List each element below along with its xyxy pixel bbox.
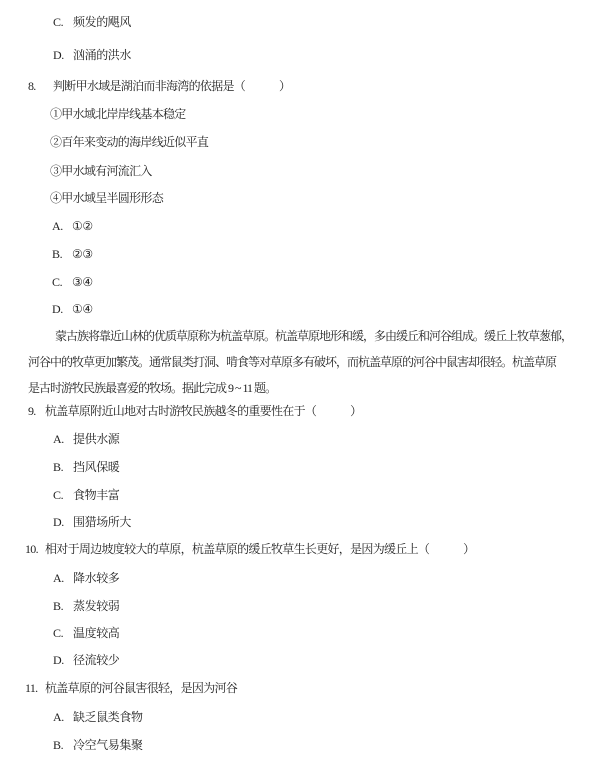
statement-text: ②百年来变动的海岸线近似平直 bbox=[50, 135, 208, 149]
option-text: 挡风保暖 bbox=[73, 460, 119, 474]
option-text: 温度较高 bbox=[73, 626, 119, 640]
option-label: B. bbox=[53, 599, 73, 614]
option-label: A. bbox=[53, 432, 73, 447]
option-text: 围猎场所大 bbox=[73, 515, 131, 529]
option-text: 缺乏鼠类食物 bbox=[73, 710, 143, 724]
option-text: ①② bbox=[72, 219, 93, 233]
q10-option-a: A.降水较多 bbox=[53, 571, 119, 586]
option-text: 食物丰富 bbox=[73, 488, 119, 502]
option-text: 蒸发较弱 bbox=[73, 599, 119, 613]
passage-text: 河谷中的牧草更加繁茂。通常鼠类打洞、啃食等对草原多有破坏，而杭盖草原的河谷中鼠害… bbox=[28, 355, 556, 369]
q8-option-a: A.①② bbox=[52, 219, 93, 234]
question-text: 杭盖草原附近山地对古时游牧民族越冬的重要性在于（ ） bbox=[45, 404, 361, 418]
q10-option-b: B.蒸发较弱 bbox=[53, 599, 119, 614]
question-text: 相对于周边坡度较大的草原，杭盖草原的缓丘牧草生长更好，是因为缓丘上（ ） bbox=[45, 542, 474, 556]
option-label: B. bbox=[53, 460, 73, 475]
question-text: 杭盖草原的河谷鼠害很轻，是因为河谷 bbox=[45, 681, 237, 695]
option-label: B. bbox=[52, 247, 72, 262]
option-text: ②③ bbox=[72, 247, 93, 261]
option-label: C. bbox=[53, 15, 73, 30]
option-label: C. bbox=[52, 275, 72, 290]
q10-option-d: D.径流较少 bbox=[53, 653, 119, 668]
question-number: 10. bbox=[25, 542, 45, 557]
passage-text: 蒙古族将靠近山林的优质草原称为杭盖草原。杭盖草原地形和缓，多由缓丘和河谷组成。缓… bbox=[55, 329, 572, 343]
option-text: 冷空气易集聚 bbox=[73, 738, 143, 752]
option-label: C. bbox=[53, 488, 73, 503]
option-text: 降水较多 bbox=[73, 571, 119, 585]
option-text: 频发的飓风 bbox=[73, 15, 131, 29]
q9-option-b: B.挡风保暖 bbox=[53, 460, 119, 475]
q9-option-a: A.提供水源 bbox=[53, 432, 119, 447]
q8-option-b: B.②③ bbox=[52, 247, 93, 262]
option-label: D. bbox=[53, 515, 73, 530]
passage-text: 是古时游牧民族最喜爱的牧场。据此完成 9 ~ 11 题。 bbox=[28, 381, 276, 395]
q8-statement-2: ②百年来变动的海岸线近似平直 bbox=[50, 135, 208, 150]
q8-statement-1: ①甲水域北岸岸线基本稳定 bbox=[50, 107, 186, 122]
q8-option-c: C.③④ bbox=[52, 275, 93, 290]
statement-text: ④甲水域呈半圆形形态 bbox=[50, 191, 163, 205]
question-8-stem: 8.判断甲水域是湖泊而非海湾的依据是（ ） bbox=[28, 79, 290, 94]
q8-statement-3: ③甲水域有河流汇入 bbox=[50, 164, 152, 179]
statement-text: ③甲水域有河流汇入 bbox=[50, 164, 152, 178]
option-label: D. bbox=[52, 302, 72, 317]
option-text: 径流较少 bbox=[73, 653, 119, 667]
question-10-stem: 10.相对于周边坡度较大的草原，杭盖草原的缓丘牧草生长更好，是因为缓丘上（ ） bbox=[25, 542, 474, 557]
passage-line-2: 河谷中的牧草更加繁茂。通常鼠类打洞、啃食等对草原多有破坏，而杭盖草原的河谷中鼠害… bbox=[28, 355, 556, 370]
q8-option-d: D.①④ bbox=[52, 302, 93, 317]
q10-option-c: C.温度较高 bbox=[53, 626, 119, 641]
question-9-stem: 9.杭盖草原附近山地对古时游牧民族越冬的重要性在于（ ） bbox=[28, 404, 361, 419]
option-label: A. bbox=[52, 219, 72, 234]
question-number: 8. bbox=[28, 79, 53, 94]
option-label: B. bbox=[53, 738, 73, 753]
option-line-prev-c: C.频发的飓风 bbox=[53, 15, 131, 30]
q11-option-b: B.冷空气易集聚 bbox=[53, 738, 143, 753]
option-text: ③④ bbox=[72, 275, 93, 289]
passage-line-3: 是古时游牧民族最喜爱的牧场。据此完成 9 ~ 11 题。 bbox=[28, 381, 276, 396]
option-label: A. bbox=[53, 571, 73, 586]
statement-text: ①甲水域北岸岸线基本稳定 bbox=[50, 107, 186, 121]
option-label: C. bbox=[53, 626, 73, 641]
option-text: 汹涌的洪水 bbox=[73, 48, 131, 62]
option-label: D. bbox=[53, 48, 73, 63]
option-text: 提供水源 bbox=[73, 432, 119, 446]
option-label: A. bbox=[53, 710, 73, 725]
question-number: 11. bbox=[25, 681, 45, 696]
question-number: 9. bbox=[28, 404, 45, 419]
passage-line-1: 蒙古族将靠近山林的优质草原称为杭盖草原。杭盖草原地形和缓，多由缓丘和河谷组成。缓… bbox=[55, 329, 572, 344]
question-11-stem: 11.杭盖草原的河谷鼠害很轻，是因为河谷 bbox=[25, 681, 237, 696]
option-line-prev-d: D.汹涌的洪水 bbox=[53, 48, 131, 63]
q11-option-a: A.缺乏鼠类食物 bbox=[53, 710, 143, 725]
option-text: ①④ bbox=[72, 302, 93, 316]
q8-statement-4: ④甲水域呈半圆形形态 bbox=[50, 191, 163, 206]
option-label: D. bbox=[53, 653, 73, 668]
question-text: 判断甲水域是湖泊而非海湾的依据是（ ） bbox=[53, 79, 290, 93]
exam-document-page: C.频发的飓风 D.汹涌的洪水 8.判断甲水域是湖泊而非海湾的依据是（ ） ①甲… bbox=[0, 0, 591, 779]
q9-option-d: D.围猎场所大 bbox=[53, 515, 131, 530]
q9-option-c: C.食物丰富 bbox=[53, 488, 119, 503]
